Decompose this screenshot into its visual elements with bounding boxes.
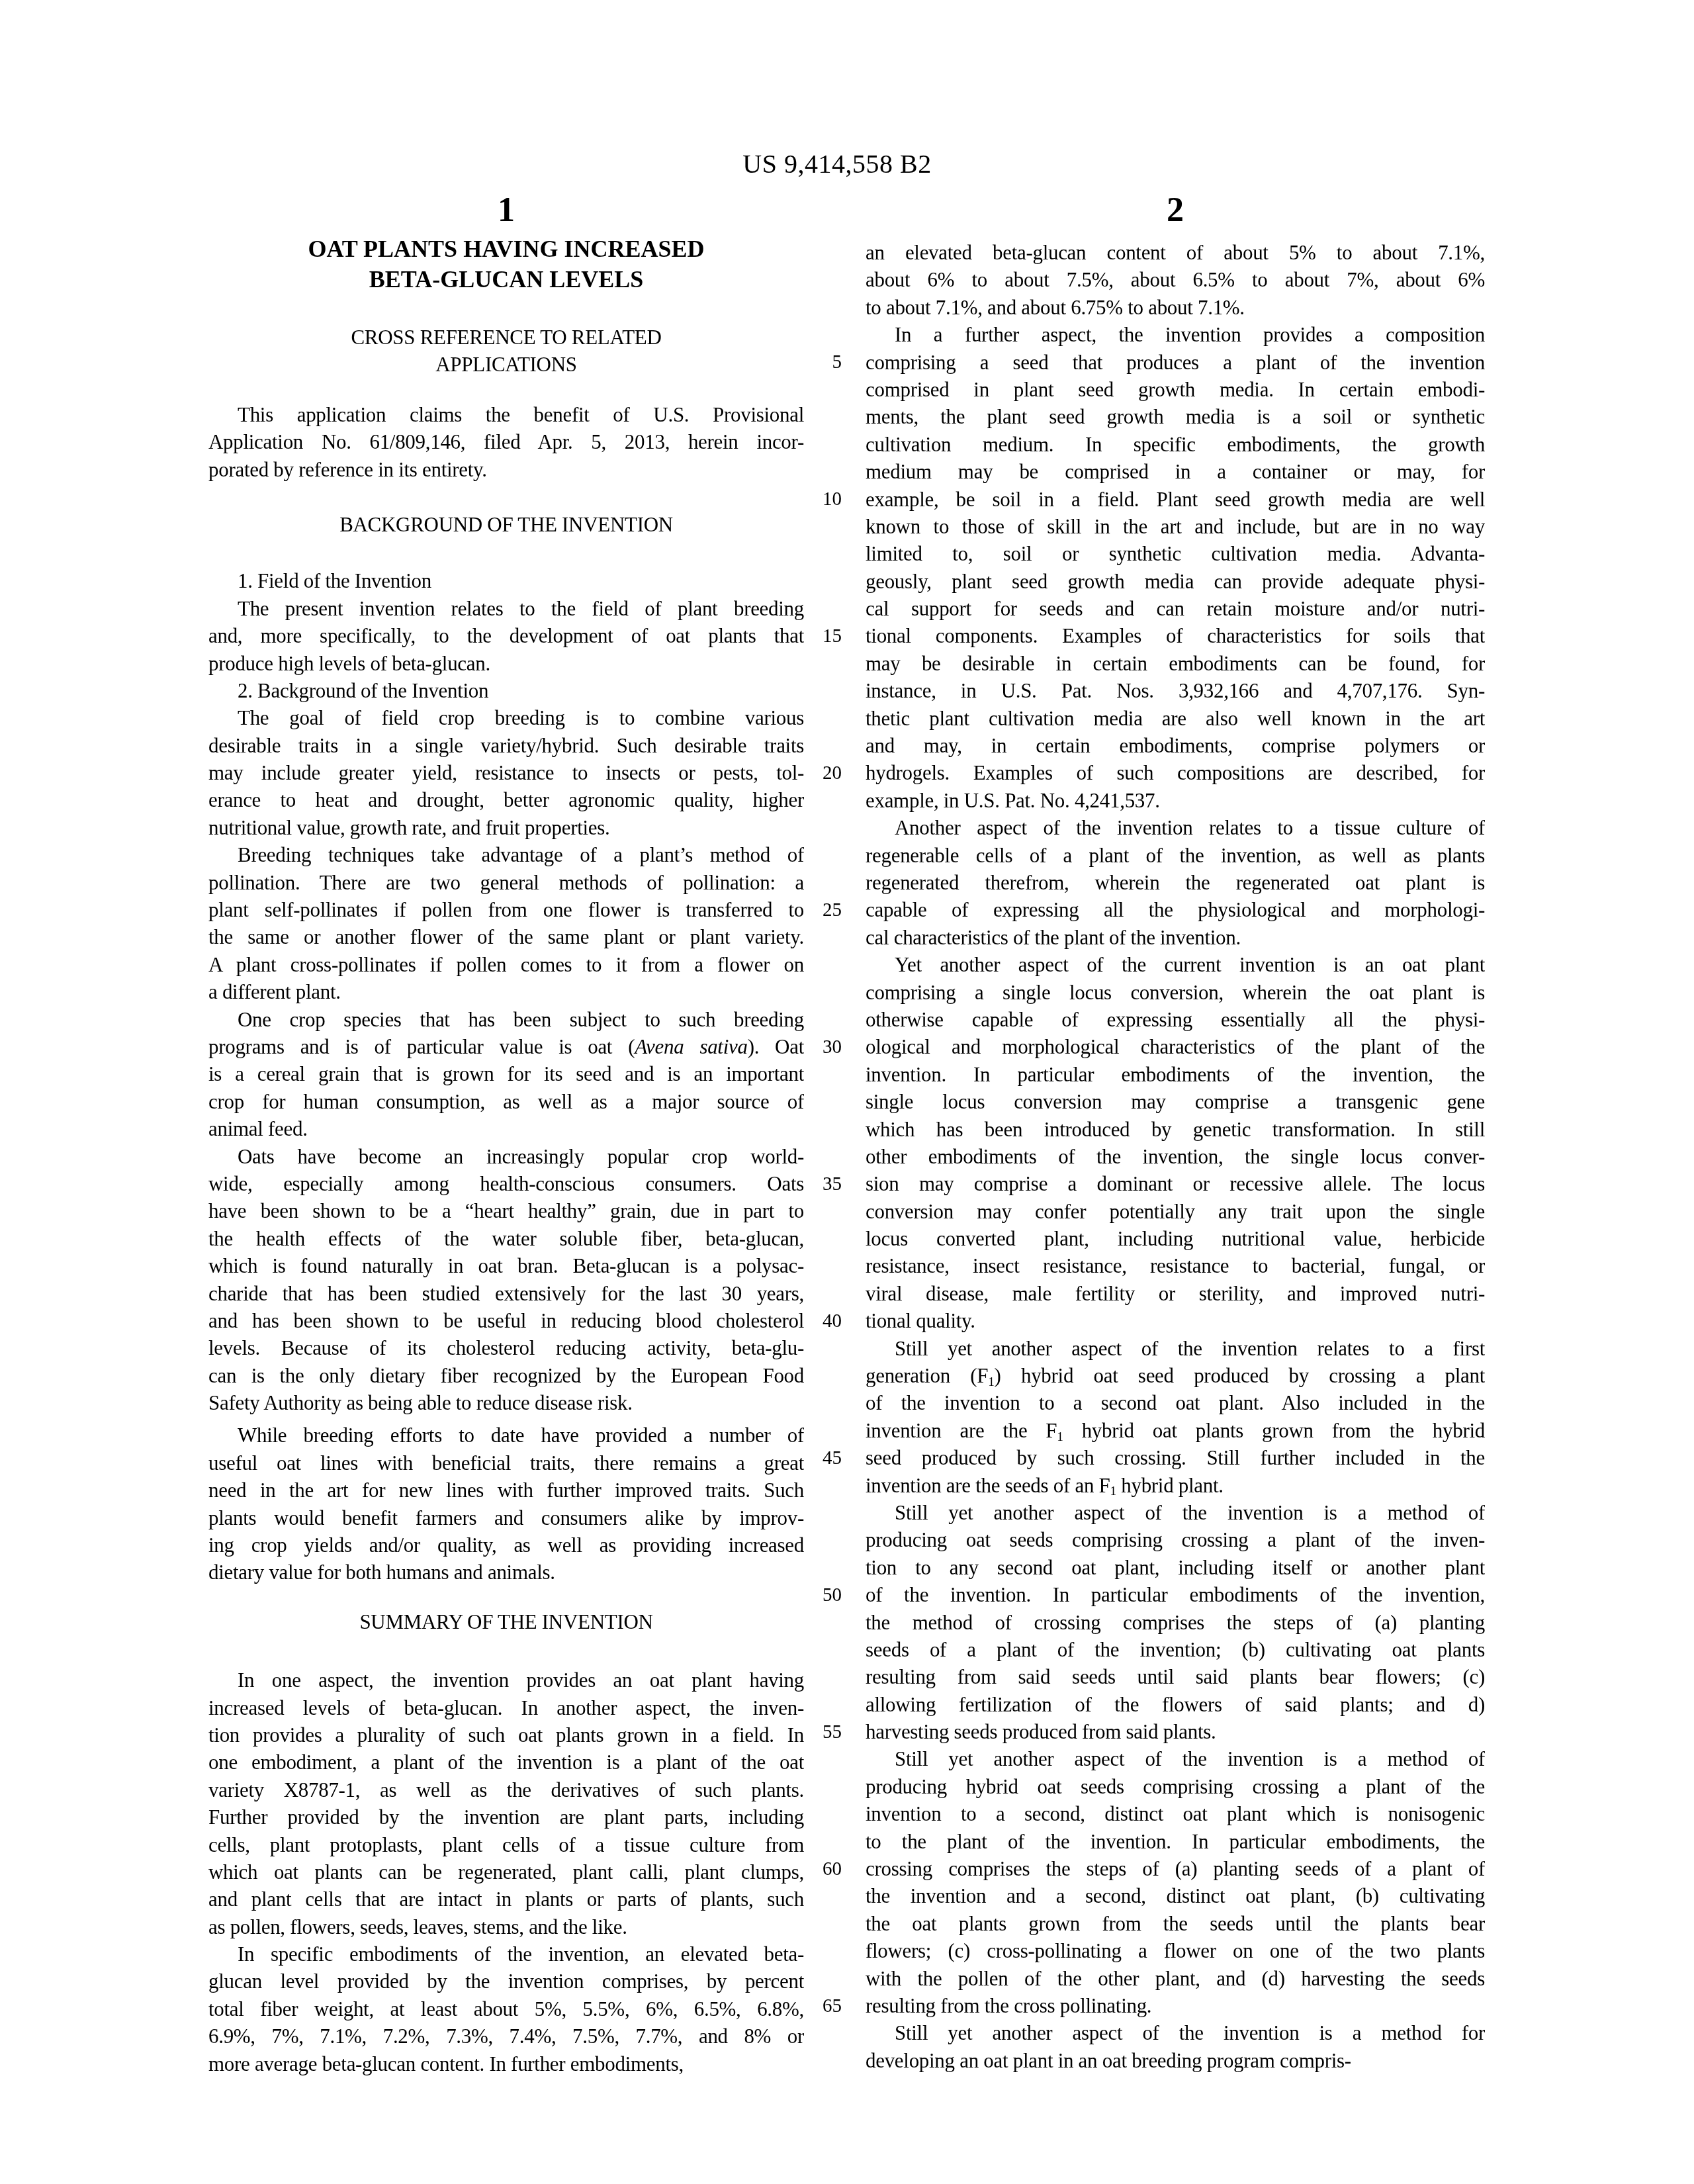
text-line: cal characteristics of the plant of the … [866,924,1485,951]
text-line: harvesting seeds produced from said plan… [866,1718,1485,1745]
text-line: The goal of field crop breeding is to co… [208,704,804,731]
text-line: a different plant. [208,978,804,1005]
heading-line: BETA-GLUCAN LEVELS [208,264,804,295]
text-line: crossing comprises the steps of (a) plan… [866,1855,1485,1882]
text-line: comprising a single locus conversion, wh… [866,979,1485,1006]
text-line: levels. Because of its cholesterol reduc… [208,1334,804,1361]
text-line: variety X8787-1, as well as the derivati… [208,1776,804,1803]
text-line: comprising a seed that produces a plant … [866,349,1485,376]
text-line: developing an oat plant in an oat breedi… [866,2047,1485,2074]
text-line: which is found naturally in oat bran. Be… [208,1252,804,1279]
text-line: plant self-pollinates if pollen from one… [208,896,804,923]
text-line: tional quality. [866,1307,1485,1334]
text-line: seed produced by such crossing. Still fu… [866,1444,1485,1471]
text-line: In a further aspect, the invention provi… [866,321,1485,348]
text-line: resulting from said seeds until said pla… [866,1663,1485,1690]
gutter-line-number: 40 [795,1308,842,1335]
text-line: hydrogels. Examples of such compositions… [866,759,1485,786]
text-line: Another aspect of the invention relates … [866,814,1485,841]
text-line: The present invention relates to the fie… [208,595,804,622]
text-line: Breeding techniques take advantage of a … [208,841,804,868]
left-text-column: OAT PLANTS HAVING INCREASEDBETA-GLUCAN L… [208,0,804,2077]
text-line: invention to a second, distinct oat plan… [866,1800,1485,1827]
text-line: which oat plants can be regenerated, pla… [208,1858,804,1886]
text-line: about 6% to about 7.5%, about 6.5% to ab… [866,266,1485,293]
paragraph: The goal of field crop breeding is to co… [208,704,804,841]
paragraph: 2. Background of the Invention [208,677,804,704]
text-line: Oats have become an increasingly popular… [208,1143,804,1170]
text-line: animal feed. [208,1115,804,1142]
right-text-column: an elevated beta-glucan content of about… [866,0,1485,2074]
heading-line: CROSS REFERENCE TO RELATED [208,324,804,351]
text-line: invention. In particular embodiments of … [866,1061,1485,1088]
text-line: the oat plants grown from the seeds unti… [866,1910,1485,1937]
text-line: one embodiment, a plant of the invention… [208,1749,804,1776]
text-line: plants would benefit farmers and consume… [208,1504,804,1531]
text-line: pollination. There are two general metho… [208,869,804,896]
paragraph: While breeding efforts to date have prov… [208,1422,804,1586]
paragraph: Still yet another aspect of the inventio… [866,1745,1485,2019]
paragraph: Still yet another aspect of the inventio… [866,1499,1485,1746]
text-line: generation (F1) hybrid oat seed produced… [866,1362,1485,1389]
text-line: and has been shown to be useful in reduc… [208,1307,804,1334]
text-line: the invention and a second, distinct oat… [866,1882,1485,1909]
text-line: dietary value for both humans and animal… [208,1559,804,1586]
text-line: and plant cells that are intact in plant… [208,1886,804,1913]
paragraph: Yet another aspect of the current invent… [866,951,1485,1334]
invention-title: OAT PLANTS HAVING INCREASEDBETA-GLUCAN L… [208,234,804,295]
text-line: the same or another flower of the same p… [208,923,804,950]
text-line: producing hybrid oat seeds comprising cr… [866,1773,1485,1800]
text-line: erance to heat and drought, better agron… [208,786,804,813]
text-line: total fiber weight, at least about 5%, 5… [208,1995,804,2023]
text-line: an elevated beta-glucan content of about… [866,239,1485,266]
text-line: wide, especially among health-conscious … [208,1170,804,1197]
text-line: cal support for seeds and can retain moi… [866,595,1485,622]
text-line: charide that has been studied extensivel… [208,1280,804,1307]
text-line: ing crop yields and/or quality, as well … [208,1531,804,1559]
text-line: known to those of skill in the art and i… [866,513,1485,540]
text-line: which has been introduced by genetic tra… [866,1116,1485,1143]
text-line: tion to any second oat plant, including … [866,1554,1485,1581]
text-line: Still yet another aspect of the inventio… [866,2019,1485,2046]
text-line: may be desirable in certain embodiments … [866,650,1485,677]
text-line: cultivation medium. In specific embodime… [866,431,1485,458]
text-line: invention are the F1 hybrid oat plants g… [866,1417,1485,1444]
paragraph: Still yet another aspect of the inventio… [866,2019,1485,2074]
text-line: glucan level provided by the invention c… [208,1968,804,1995]
gutter-line-number: 30 [795,1034,842,1061]
text-line: increased levels of beta-glucan. In anot… [208,1694,804,1721]
text-line: ments, the plant seed growth media is a … [866,403,1485,430]
paragraph: Still yet another aspect of the inventio… [866,1335,1485,1499]
gutter-line-number: 60 [795,1856,842,1883]
text-line: the health effects of the water soluble … [208,1225,804,1252]
text-line: example, in U.S. Pat. No. 4,241,537. [866,787,1485,814]
text-line: single locus conversion may comprise a t… [866,1088,1485,1115]
text-line: While breeding efforts to date have prov… [208,1422,804,1449]
text-line: the method of crossing comprises the ste… [866,1609,1485,1636]
section-heading: BACKGROUND OF THE INVENTION [208,511,804,538]
paragraph: The present invention relates to the fie… [208,595,804,677]
text-line: 1. Field of the Invention [208,567,804,594]
text-line: can is the only dietary fiber recognized… [208,1362,804,1389]
text-line: produce high levels of beta-glucan. [208,650,804,677]
text-line: comprised in plant seed growth media. In… [866,376,1485,403]
heading-line: SUMMARY OF THE INVENTION [208,1608,804,1635]
gutter-line-number: 25 [795,897,842,924]
text-line: desirable traits in a single variety/hyb… [208,732,804,759]
text-line: of the invention. In particular embodime… [866,1581,1485,1608]
gutter-line-number: 20 [795,760,842,787]
text-line: crop for human consumption, as well as a… [208,1088,804,1115]
text-line: regenerated therefrom, wherein the regen… [866,869,1485,896]
paragraph: In specific embodiments of the invention… [208,1940,804,2077]
text-line: 2. Background of the Invention [208,677,804,704]
text-line: flowers; (c) cross-pollinating a flower … [866,1937,1485,1964]
section-heading: SUMMARY OF THE INVENTION [208,1608,804,1635]
gutter-line-number: 55 [795,1719,842,1746]
text-line: medium may be comprised in a container o… [866,458,1485,485]
text-line: of the invention to a second oat plant. … [866,1389,1485,1416]
text-line: 6.9%, 7%, 7.1%, 7.2%, 7.3%, 7.4%, 7.5%, … [208,2023,804,2050]
text-line: programs and is of particular value is o… [208,1033,804,1060]
text-line: have been shown to be a “heart healthy” … [208,1197,804,1224]
text-line: tion provides a plurality of such oat pl… [208,1721,804,1749]
gutter-line-number: 65 [795,1993,842,2020]
text-line: cells, plant protoplasts, plant cells of… [208,1831,804,1858]
heading-line: BACKGROUND OF THE INVENTION [208,511,804,538]
text-line: and, more specifically, to the developme… [208,622,804,649]
text-line: Application No. 61/809,146, filed Apr. 5… [208,428,804,455]
gutter-line-number: 15 [795,623,842,650]
text-line: regenerable cells of a plant of the inve… [866,842,1485,869]
text-line: to about 7.1%, and about 6.75% to about … [866,294,1485,321]
text-line: conversion may confer potentially any tr… [866,1198,1485,1225]
text-line: A plant cross-pollinates if pollen comes… [208,951,804,978]
text-line: capable of expressing all the physiologi… [866,896,1485,923]
paragraph: This application claims the benefit of U… [208,401,804,483]
text-line: locus converted plant, including nutriti… [866,1225,1485,1252]
text-line: allowing fertilization of the flowers of… [866,1691,1485,1718]
text-line: thetic plant cultivation media are also … [866,705,1485,732]
text-line: more average beta-glucan content. In fur… [208,2050,804,2077]
gutter-line-number: 50 [795,1582,842,1609]
text-line: invention are the seeds of an F1 hybrid … [866,1472,1485,1499]
paragraph: an elevated beta-glucan content of about… [866,239,1485,321]
text-line: need in the art for new lines with furth… [208,1477,804,1504]
paragraph: In a further aspect, the invention provi… [866,321,1485,814]
text-line: resulting from the cross pollinating. [866,1992,1485,2019]
text-line: This application claims the benefit of U… [208,401,804,428]
text-line: In one aspect, the invention provides an… [208,1666,804,1694]
text-line: geously, plant seed growth media can pro… [866,568,1485,595]
text-line: viral disease, male fertility or sterili… [866,1280,1485,1307]
paragraph: Breeding techniques take advantage of a … [208,841,804,1005]
text-line: example, be soil in a field. Plant seed … [866,486,1485,513]
text-line: and may, in certain embodiments, compris… [866,732,1485,759]
text-line: Further provided by the invention are pl… [208,1803,804,1831]
text-line: nutritional value, growth rate, and frui… [208,814,804,841]
paragraph: In one aspect, the invention provides an… [208,1666,804,1940]
paragraph: One crop species that has been subject t… [208,1006,804,1143]
gutter-line-number: 35 [795,1171,842,1198]
text-line: other embodiments of the invention, the … [866,1143,1485,1170]
text-line: Still yet another aspect of the inventio… [866,1335,1485,1362]
text-line: resistance, insect resistance, resistanc… [866,1252,1485,1279]
text-line: producing oat seeds comprising crossing … [866,1526,1485,1553]
text-line: useful oat lines with beneficial traits,… [208,1449,804,1477]
text-line: to the plant of the invention. In partic… [866,1828,1485,1855]
text-line: as pollen, flowers, seeds, leaves, stems… [208,1913,804,1940]
heading-line: OAT PLANTS HAVING INCREASED [208,234,804,264]
gutter-line-number: 5 [795,349,842,376]
text-line: instance, in U.S. Pat. Nos. 3,932,166 an… [866,677,1485,704]
gutter-line-number: 45 [795,1445,842,1472]
text-line: is a cereal grain that is grown for its … [208,1060,804,1087]
text-line: Still yet another aspect of the inventio… [866,1499,1485,1526]
text-line: Yet another aspect of the current invent… [866,951,1485,978]
text-line: Safety Authority as being able to reduce… [208,1389,804,1416]
text-line: ological and morphological characteristi… [866,1033,1485,1060]
heading-line: APPLICATIONS [208,351,804,378]
text-line: with the pollen of the other plant, and … [866,1965,1485,1992]
text-line: One crop species that has been subject t… [208,1006,804,1033]
text-line: In specific embodiments of the invention… [208,1940,804,1968]
text-line: seeds of a plant of the invention; (b) c… [866,1636,1485,1663]
section-heading: CROSS REFERENCE TO RELATEDAPPLICATIONS [208,324,804,379]
text-line: tional components. Examples of character… [866,622,1485,649]
paragraph: Another aspect of the invention relates … [866,814,1485,951]
paragraph: Oats have become an increasingly popular… [208,1143,804,1417]
patent-page: US 9,414,558 B2 1 2 OAT PLANTS HAVING IN… [0,0,1694,2184]
text-line: porated by reference in its entirety. [208,456,804,483]
text-line: Still yet another aspect of the inventio… [866,1745,1485,1772]
text-line: otherwise capable of expressing essentia… [866,1006,1485,1033]
text-line: limited to, soil or synthetic cultivatio… [866,540,1485,567]
text-line: sion may comprise a dominant or recessiv… [866,1170,1485,1197]
text-line: may include greater yield, resistance to… [208,759,804,786]
gutter-line-number: 10 [795,486,842,513]
paragraph: 1. Field of the Invention [208,567,804,594]
